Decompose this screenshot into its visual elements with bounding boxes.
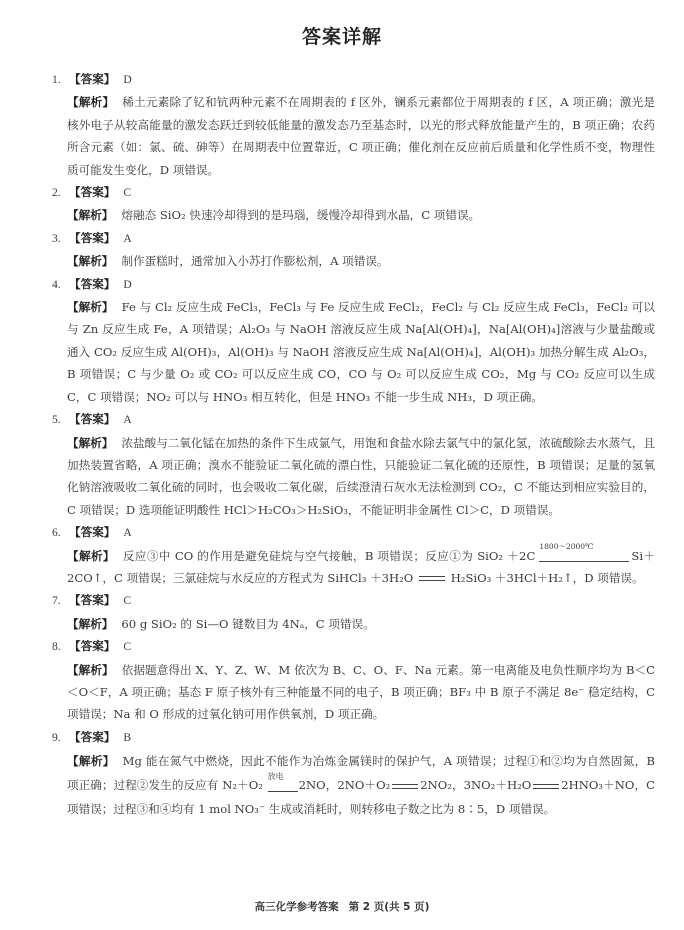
- question-3: 3.【答案】A 【解析】制作蛋糕时，通常加入小苏打作膨松剂，A 项错误。: [55, 227, 655, 273]
- explanation: 【解析】稀土元素除了钇和钪两种元素不在周期表的 f 区外，镧系元素都位于周期表的…: [55, 91, 655, 181]
- equals-sign: [533, 784, 559, 789]
- explanation-text: 反应③中 CO 的作用是避免硅烷与空气接触，B 项错误；反应①为 SiO₂ ＋2…: [123, 549, 535, 563]
- answer-tag: 【答案】: [69, 593, 115, 607]
- equals-sign: [392, 784, 418, 789]
- answer-line: 3.【答案】A: [55, 227, 655, 250]
- answer-tag: 【答案】: [69, 185, 115, 199]
- answer-value: C: [123, 640, 131, 653]
- answer-value: A: [123, 526, 131, 539]
- question-number: 2.: [52, 182, 69, 204]
- question-4: 4.【答案】D 【解析】Fe 与 Cl₂ 反应生成 FeCl₃，FeCl₃ 与 …: [55, 273, 655, 408]
- page-title: 答案详解: [0, 22, 684, 49]
- explain-tag: 【解析】: [67, 549, 115, 563]
- question-number: 1.: [52, 69, 69, 91]
- answer-line: 4.【答案】D: [55, 273, 655, 296]
- answer-list: 1.【答案】D 【解析】稀土元素除了钇和钪两种元素不在周期表的 f 区外，镧系元…: [55, 68, 655, 821]
- question-5: 5.【答案】A 【解析】浓盐酸与二氧化锰在加热的条件下生成氯气，用饱和食盐水除去…: [55, 408, 655, 521]
- explanation-text: 制作蛋糕时，通常加入小苏打作膨松剂，A 项错误。: [121, 254, 388, 268]
- explain-tag: 【解析】: [67, 663, 114, 677]
- explanation-text: Fe 与 Cl₂ 反应生成 FeCl₃，FeCl₃ 与 Fe 反应生成 FeCl…: [67, 300, 655, 404]
- explanation: 【解析】Mg 能在氮气中燃烧，因此不能作为冶炼金属镁时的保护气，A 项错误；过程…: [55, 749, 655, 821]
- explain-tag: 【解析】: [67, 95, 114, 109]
- reaction-condition: 放电: [268, 772, 298, 781]
- reaction-condition: 1800～2000℃: [539, 542, 629, 551]
- answer-value: C: [123, 186, 131, 199]
- question-8: 8.【答案】C 【解析】依据题意得出 X、Y、Z、W、M 依次为 B、C、O、F…: [55, 635, 655, 726]
- answer-line: 7.【答案】C: [55, 589, 655, 612]
- explanation: 【解析】反应③中 CO 的作用是避免硅烷与空气接触，B 项错误；反应①为 SiO…: [55, 545, 655, 590]
- question-number: 3.: [52, 228, 69, 250]
- question-1: 1.【答案】D 【解析】稀土元素除了钇和钪两种元素不在周期表的 f 区外，镧系元…: [55, 68, 655, 181]
- explanation-text: 浓盐酸与二氧化锰在加热的条件下生成氯气，用饱和食盐水除去氯气中的氯化氢，浓硫酸除…: [67, 436, 655, 517]
- explanation: 【解析】浓盐酸与二氧化锰在加热的条件下生成氯气，用饱和食盐水除去氯气中的氯化氢，…: [55, 432, 655, 522]
- question-6: 6.【答案】A 【解析】反应③中 CO 的作用是避免硅烷与空气接触，B 项错误；…: [55, 521, 655, 589]
- question-7: 7.【答案】C 【解析】60 g SiO₂ 的 Si—O 键数目为 4Nₐ，C …: [55, 589, 655, 635]
- answer-value: B: [123, 731, 131, 744]
- answer-value: C: [123, 594, 131, 607]
- explain-tag: 【解析】: [67, 254, 113, 268]
- answer-value: D: [123, 73, 131, 86]
- explanation-text: 60 g SiO₂ 的 Si—O 键数目为 4Nₐ，C 项错误。: [121, 617, 374, 631]
- reaction-arrow: 1800～2000℃: [539, 551, 629, 562]
- explain-tag: 【解析】: [67, 754, 115, 768]
- explanation: 【解析】制作蛋糕时，通常加入小苏打作膨松剂，A 项错误。: [55, 250, 655, 272]
- question-number: 9.: [52, 727, 69, 749]
- question-9: 9.【答案】B 【解析】Mg 能在氮气中燃烧，因此不能作为冶炼金属镁时的保护气，…: [55, 726, 655, 821]
- answer-tag: 【答案】: [69, 639, 115, 653]
- answer-tag: 【答案】: [69, 277, 115, 291]
- explanation-text: 熔融态 SiO₂ 快速冷却得到的是玛瑙，缓慢冷却得到水晶，C 项错误。: [121, 208, 480, 222]
- answer-tag: 【答案】: [69, 525, 115, 539]
- page-number: 第 2 页(共 5 页): [349, 901, 430, 913]
- answer-line: 9.【答案】B: [55, 726, 655, 749]
- explanation-text: 依据题意得出 X、Y、Z、W、M 依次为 B、C、O、F、Na 元素。第一电离能…: [67, 663, 655, 722]
- explain-tag: 【解析】: [67, 617, 113, 631]
- explanation: 【解析】Fe 与 Cl₂ 反应生成 FeCl₃，FeCl₃ 与 Fe 反应生成 …: [55, 296, 655, 408]
- equals-sign: [419, 576, 445, 581]
- answer-line: 2.【答案】C: [55, 181, 655, 204]
- answer-line: 5.【答案】A: [55, 408, 655, 431]
- explanation-text: 稀土元素除了钇和钪两种元素不在周期表的 f 区外，镧系元素都位于周期表的 f 区…: [67, 95, 655, 176]
- question-number: 7.: [52, 590, 69, 612]
- answer-tag: 【答案】: [69, 412, 115, 426]
- explain-tag: 【解析】: [67, 208, 113, 222]
- answer-value: A: [123, 413, 131, 426]
- question-number: 4.: [52, 274, 69, 296]
- answer-value: D: [123, 278, 131, 291]
- explanation: 【解析】依据题意得出 X、Y、Z、W、M 依次为 B、C、O、F、Na 元素。第…: [55, 659, 655, 726]
- explanation-text: 2NO₂，3NO₂＋H₂O: [420, 778, 531, 792]
- explanation-text: H₂SiO₃ ＋3HCl＋H₂↑，D 项错误。: [451, 571, 644, 585]
- explain-tag: 【解析】: [67, 436, 113, 450]
- explanation: 【解析】熔融态 SiO₂ 快速冷却得到的是玛瑙，缓慢冷却得到水晶，C 项错误。: [55, 204, 655, 226]
- page-footer: 高三化学参考答案第 2 页(共 5 页): [0, 899, 684, 914]
- answer-value: A: [123, 232, 131, 245]
- answer-line: 1.【答案】D: [55, 68, 655, 91]
- explain-tag: 【解析】: [67, 300, 114, 314]
- answer-line: 8.【答案】C: [55, 635, 655, 658]
- question-number: 6.: [52, 522, 69, 544]
- reaction-arrow: 放电: [268, 781, 298, 792]
- answer-tag: 【答案】: [69, 72, 115, 86]
- document-name: 高三化学参考答案: [255, 901, 339, 913]
- explanation: 【解析】60 g SiO₂ 的 Si—O 键数目为 4Nₐ，C 项错误。: [55, 613, 655, 635]
- answer-tag: 【答案】: [69, 730, 115, 744]
- question-number: 8.: [52, 636, 69, 658]
- answer-line: 6.【答案】A: [55, 521, 655, 544]
- question-number: 5.: [52, 409, 69, 431]
- explanation-text: 2NO，2NO＋O₂: [299, 778, 391, 792]
- answer-tag: 【答案】: [69, 231, 115, 245]
- question-2: 2.【答案】C 【解析】熔融态 SiO₂ 快速冷却得到的是玛瑙，缓慢冷却得到水晶…: [55, 181, 655, 227]
